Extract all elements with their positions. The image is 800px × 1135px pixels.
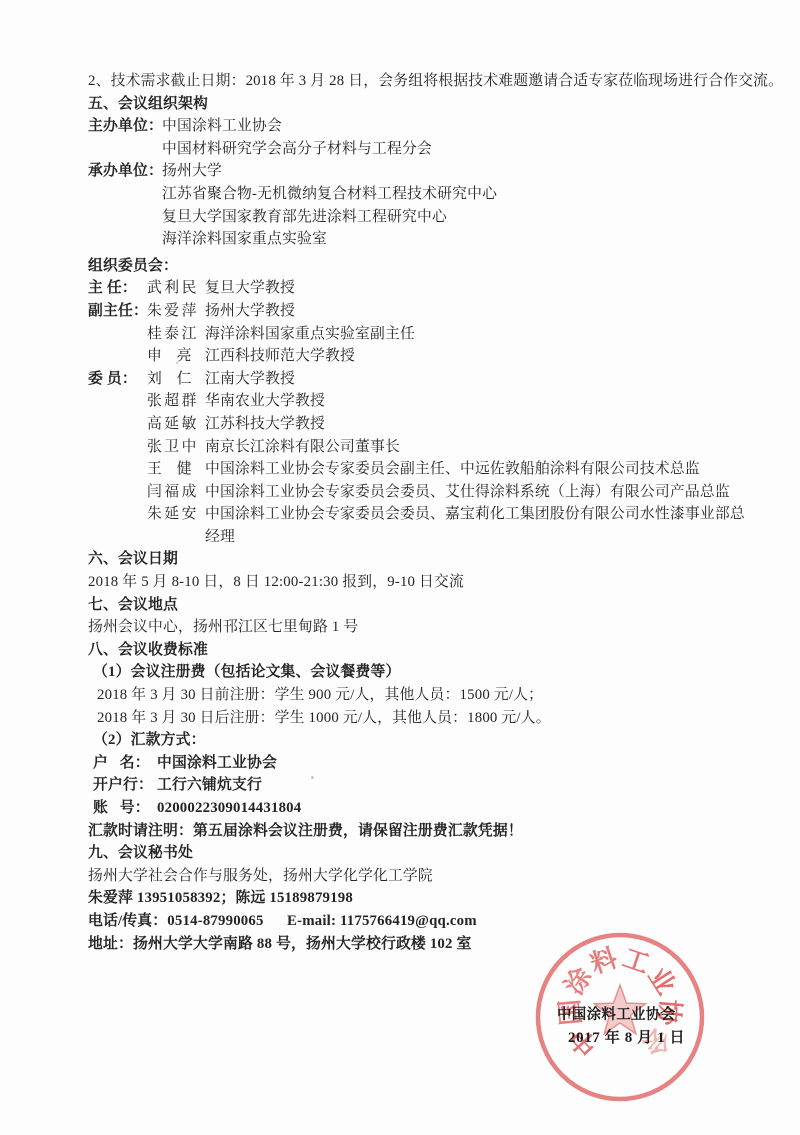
doc-text (88, 390, 147, 413)
doc-text: 闫福成 (147, 481, 205, 504)
doc-line: 承办单位：扬州大学 (88, 160, 794, 183)
doc-text: 中国涂料工业协会 (162, 115, 282, 138)
doc-line: 汇款时请注明：第五届涂料会议注册费，请保留注册费汇款凭据！ (88, 820, 794, 843)
doc-line: 六、会议日期 (88, 548, 794, 571)
doc-text: 江南大学教授 (205, 368, 295, 391)
doc-text: 六、会议日期 (88, 548, 178, 571)
doc-text: （1）会议注册费（包括论文集、会议餐费等） (93, 661, 401, 684)
doc-line: 2018 年 3 月 30 日后注册：学生 1000 元/人，其他人员：1800… (88, 707, 794, 730)
doc-text: 账 号： (93, 797, 157, 820)
doc-line: 2、技术需求截止日期：2018 年 3 月 28 日，会务组将根据技术难题邀请合… (88, 70, 794, 93)
doc-text: 0200022309014431804 (157, 797, 301, 820)
doc-text: 中国涂料工业协会专家委员会副主任、中远佐敦船舶涂料有限公司技术总监 (205, 458, 700, 481)
doc-line: 委 员：刘 仁江南大学教授 (88, 368, 794, 391)
doc-text: 朱延安 (147, 503, 205, 526)
doc-line: 复旦大学国家教育部先进涂料工程研究中心 (88, 206, 794, 229)
doc-text: 华南农业大学教授 (205, 390, 325, 413)
doc-line: 高延敏江苏科技大学教授 (88, 413, 794, 436)
scan-speck (311, 776, 314, 779)
doc-line: 江苏省聚合物-无机微纳复合材料工程技术研究中心 (88, 183, 794, 206)
scan-speck (176, 362, 178, 364)
doc-line: 七、会议地点 (88, 594, 794, 617)
doc-text: 承办单位： (88, 160, 162, 183)
doc-text: 江西科技师范大学教授 (205, 345, 355, 368)
doc-text: 复旦大学教授 (205, 277, 295, 300)
doc-line: 闫福成中国涂料工业协会专家委员会委员、艾仕得涂料系统（上海）有限公司产品总监 (88, 481, 794, 504)
doc-text: 八、会议收费标准 (88, 639, 208, 662)
doc-text: 朱爱萍 13951058392；陈远 15189879198 (88, 887, 353, 910)
issue-date: 2017 年 8 月 1 日 (568, 1026, 685, 1047)
doc-line: 扬州会议中心，扬州邗江区七里甸路 1 号 (88, 616, 794, 639)
doc-text: 汇款时请注明：第五届涂料会议注册费，请保留注册费汇款凭据！ (88, 820, 523, 843)
doc-line: 中国材料研究学会高分子材料与工程分会 (88, 138, 794, 161)
doc-text: 电话/传真：0514-87990065 E-mail: 1175766419@q… (88, 910, 477, 933)
doc-line: 主 任：武利民复旦大学教授 (88, 277, 794, 300)
doc-text: 扬州会议中心，扬州邗江区七里甸路 1 号 (88, 616, 358, 639)
doc-text: 王 健 (147, 458, 205, 481)
doc-text: 2018 年 5 月 8-10 日，8 日 12:00-21:30 报到，9-1… (88, 571, 464, 594)
doc-line: 海洋涂料国家重点实验室 (88, 228, 794, 251)
doc-text: 张卫中 (147, 436, 205, 459)
doc-text: 复旦大学国家教育部先进涂料工程研究中心 (162, 206, 447, 229)
doc-text: 经理 (205, 526, 235, 549)
doc-line: 户 名：中国涂料工业协会 (88, 752, 794, 775)
doc-text: 江苏科技大学教授 (205, 413, 325, 436)
scanned-document-page: 2、技术需求截止日期：2018 年 3 月 28 日，会务组将根据技术难题邀请合… (0, 0, 800, 1135)
doc-line: 桂泰江海洋涂料国家重点实验室副主任 (88, 323, 794, 346)
doc-text: 江苏省聚合物-无机微纳复合材料工程技术研究中心 (162, 183, 497, 206)
doc-text: 开户行： (93, 774, 157, 797)
doc-line: 扬州大学社会合作与服务处，扬州大学化学化工学院 (88, 865, 794, 888)
doc-line: 开户行：工行六铺炕支行 (88, 774, 794, 797)
doc-line: 经理 (88, 526, 794, 549)
doc-text: 户 名： (93, 752, 157, 775)
doc-text: 刘 仁 (147, 368, 205, 391)
document-body: 2、技术需求截止日期：2018 年 3 月 28 日，会务组将根据技术难题邀请合… (88, 70, 794, 955)
doc-text (88, 436, 147, 459)
doc-text: 张超群 (147, 390, 205, 413)
doc-text: 工行六铺炕支行 (157, 774, 262, 797)
doc-line: 九、会议秘书处 (88, 842, 794, 865)
doc-text: 武利民 (147, 277, 205, 300)
doc-text (88, 481, 147, 504)
doc-text: 五、会议组织架构 (88, 93, 208, 116)
doc-text: 桂泰江 (147, 323, 205, 346)
doc-line: 组织委员会： (88, 255, 794, 278)
doc-text: 主 任： (88, 277, 147, 300)
doc-line: 五、会议组织架构 (88, 93, 794, 116)
doc-line: （1）会议注册费（包括论文集、会议餐费等） (88, 661, 794, 684)
doc-text: 南京长江涂料有限公司董事长 (205, 436, 400, 459)
doc-text: 朱爱萍 (147, 300, 205, 323)
doc-text: （2）汇款方式： (93, 729, 206, 752)
doc-line: 2018 年 5 月 8-10 日，8 日 12:00-21:30 报到，9-1… (88, 571, 794, 594)
doc-text: 主办单位： (88, 115, 162, 138)
doc-line: 朱爱萍 13951058392；陈远 15189879198 (88, 887, 794, 910)
doc-text: 2018 年 3 月 30 日后注册：学生 1000 元/人，其他人员：1800… (97, 707, 551, 730)
doc-text (88, 458, 147, 481)
doc-line: 张卫中南京长江涂料有限公司董事长 (88, 436, 794, 459)
doc-text: 中国涂料工业协会专家委员会委员、嘉宝莉化工集团股份有限公司水性漆事业部总 (205, 503, 745, 526)
seal-char: 料 (587, 943, 621, 979)
doc-text: 九、会议秘书处 (88, 842, 193, 865)
doc-text: 扬州大学教授 (205, 300, 295, 323)
doc-text: 扬州大学社会合作与服务处，扬州大学化学化工学院 (88, 865, 433, 888)
doc-line: 申 亮江西科技师范大学教授 (88, 345, 794, 368)
doc-text: 组织委员会： (88, 255, 178, 278)
doc-line: 王 健中国涂料工业协会专家委员会副主任、中远佐敦船舶涂料有限公司技术总监 (88, 458, 794, 481)
doc-text: 海洋涂料国家重点实验室副主任 (205, 323, 415, 346)
doc-text: 海洋涂料国家重点实验室 (162, 228, 327, 251)
doc-text: 副主任： (88, 300, 147, 323)
doc-text: 地址：扬州大学大学南路 88 号，扬州大学校行政楼 102 室 (88, 933, 472, 956)
doc-text (88, 503, 147, 526)
doc-text: 申 亮 (147, 345, 205, 368)
doc-line: 副主任：朱爱萍扬州大学教授 (88, 300, 794, 323)
doc-line: （2）汇款方式： (88, 729, 794, 752)
doc-line: 张超群华南农业大学教授 (88, 390, 794, 413)
doc-text: 委 员： (88, 368, 147, 391)
doc-text (88, 413, 147, 436)
doc-text (88, 323, 147, 346)
doc-text: 高延敏 (147, 413, 205, 436)
doc-text: 扬州大学 (162, 160, 222, 183)
doc-text: 中国涂料工业协会 (157, 752, 277, 775)
doc-text (88, 345, 147, 368)
doc-line: 朱延安中国涂料工业协会专家委员会委员、嘉宝莉化工集团股份有限公司水性漆事业部总 (88, 503, 794, 526)
doc-line: 八、会议收费标准 (88, 639, 794, 662)
doc-text: 中国涂料工业协会专家委员会委员、艾仕得涂料系统（上海）有限公司产品总监 (205, 481, 730, 504)
doc-text: 中国材料研究学会高分子材料与工程分会 (162, 138, 432, 161)
doc-text: 2、技术需求截止日期：2018 年 3 月 28 日，会务组将根据技术难题邀请合… (88, 70, 783, 93)
doc-text: 七、会议地点 (88, 594, 178, 617)
doc-line: 2018 年 3 月 30 日前注册：学生 900 元/人，其他人员：1500 … (88, 684, 794, 707)
seal-char: 业 (642, 962, 680, 1000)
doc-text: 2018 年 3 月 30 日前注册：学生 900 元/人，其他人员：1500 … (97, 684, 543, 707)
doc-line: 账 号：0200022309014431804 (88, 797, 794, 820)
doc-line: 主办单位：中国涂料工业协会 (88, 115, 794, 138)
issuer-name: 中国涂料工业协会 (557, 1003, 675, 1024)
